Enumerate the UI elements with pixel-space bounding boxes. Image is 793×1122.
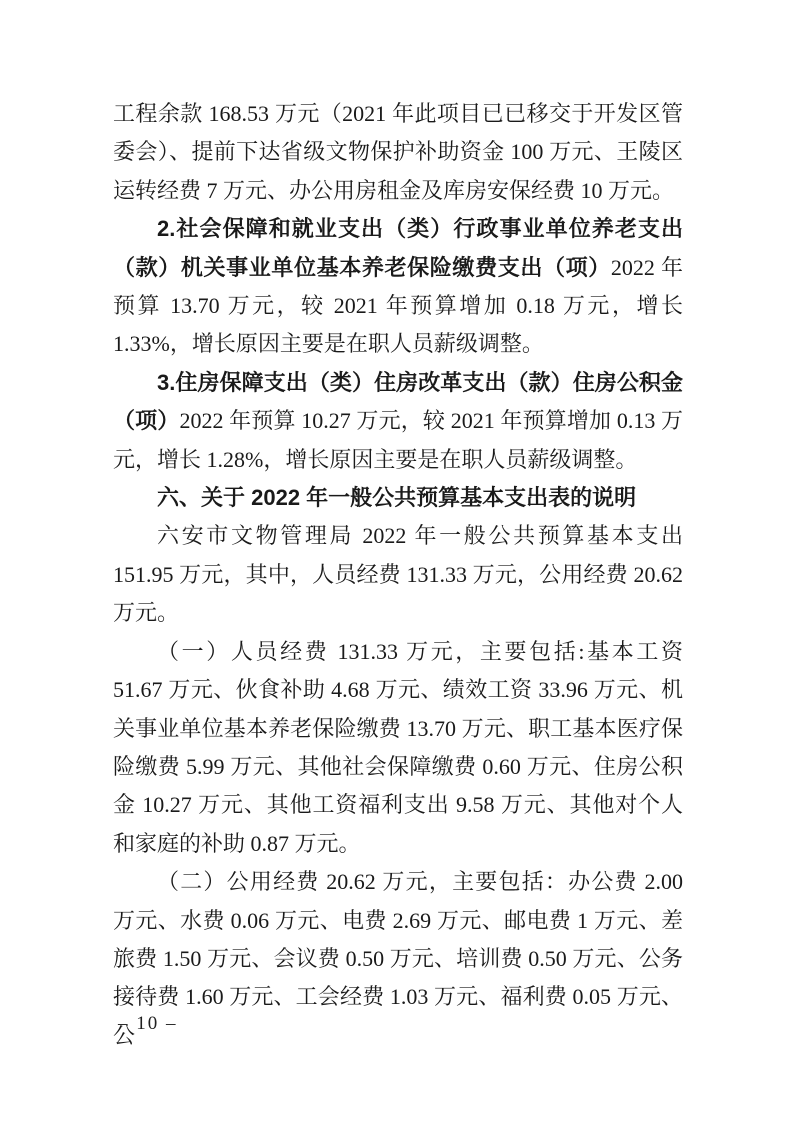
document-body: 工程余款 168.53 万元（2021 年此项目已已移交于开发区管委会）、提前下…: [113, 95, 683, 1055]
text-run: 2022 年预算 10.27 万元，较 2021 年预算增加 0.13 万元，增…: [113, 408, 683, 471]
bold-text-run: 2.社会保障和就业支出（类）行政事业单位养老支出（款）机关事业单位基本养老保险缴…: [113, 216, 683, 279]
text-run: 工程余款 168.53 万元（2021 年此项目已已移交于开发区管委会）、提前下…: [113, 101, 683, 203]
body-paragraph: 3.住房保障支出（类）住房改革支出（款）住房公积金（项）2022 年预算 10.…: [113, 364, 683, 479]
document-page: 工程余款 168.53 万元（2021 年此项目已已移交于开发区管委会）、提前下…: [0, 0, 793, 1122]
bold-text-run: 六、关于 2022 年一般公共预算基本支出表的说明: [157, 485, 636, 510]
body-paragraph: 2.社会保障和就业支出（类）行政事业单位养老支出（款）机关事业单位基本养老保险缴…: [113, 210, 683, 364]
body-paragraph: 工程余款 168.53 万元（2021 年此项目已已移交于开发区管委会）、提前下…: [113, 95, 683, 210]
body-paragraph: （二）公用经费 20.62 万元，主要包括：办公费 2.00 万元、水费 0.0…: [113, 863, 683, 1055]
section-heading: 六、关于 2022 年一般公共预算基本支出表的说明: [113, 479, 683, 517]
text-run: （一）人员经费 131.33 万元，主要包括:基本工资 51.67 万元、伙食补…: [113, 639, 683, 856]
text-run: 六安市文物管理局 2022 年一般公共预算基本支出 151.95 万元，其中，人…: [113, 523, 683, 625]
body-paragraph: 六安市文物管理局 2022 年一般公共预算基本支出 151.95 万元，其中，人…: [113, 517, 683, 632]
body-paragraph: （一）人员经费 131.33 万元，主要包括:基本工资 51.67 万元、伙食补…: [113, 633, 683, 863]
page-number: – 10 –: [118, 1010, 178, 1038]
text-run: （二）公用经费 20.62 万元，主要包括：办公费 2.00 万元、水费 0.0…: [113, 869, 683, 1048]
